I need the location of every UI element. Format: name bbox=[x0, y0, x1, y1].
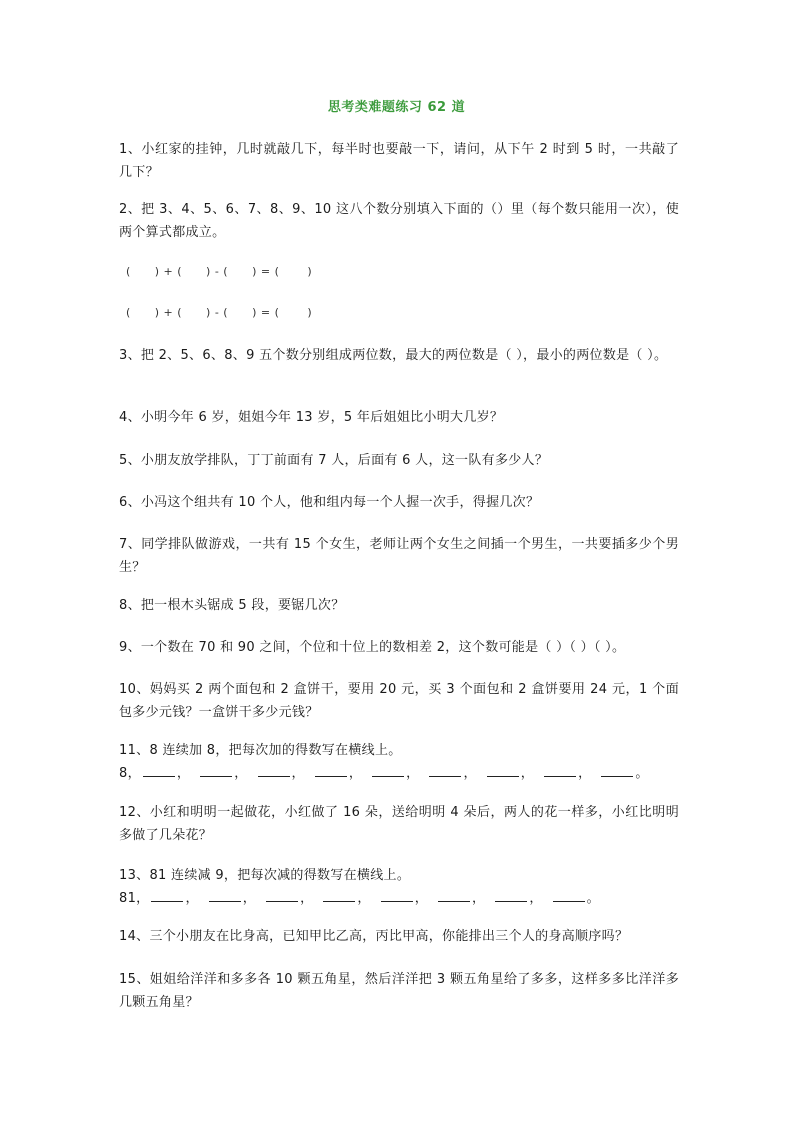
question-8: 8、把一根木头锯成 5 段，要锯几次？ bbox=[119, 594, 679, 617]
answer-blank[interactable] bbox=[495, 887, 527, 902]
separator: 。 bbox=[587, 887, 600, 910]
question-13-text: 13、81 连续减 9，把每次减的得数写在横线上。 bbox=[119, 868, 410, 883]
question-1: 1、小红家的挂钟，几时就敲几下，每半时也要敲一下，请问，从下午 2 时到 5 时… bbox=[119, 138, 679, 184]
answer-blank[interactable] bbox=[438, 887, 470, 902]
answer-blank[interactable] bbox=[258, 762, 290, 777]
sequence-start: 8， bbox=[119, 766, 141, 781]
answer-blank[interactable] bbox=[200, 762, 232, 777]
separator: ， bbox=[349, 762, 362, 785]
separator: ， bbox=[292, 762, 305, 785]
sequence-start: 81， bbox=[119, 891, 149, 906]
separator: ， bbox=[529, 887, 542, 910]
question-13: 13、81 连续减 9，把每次减的得数写在横线上。 81，，，，，，，，。 bbox=[119, 864, 679, 910]
answer-blank[interactable] bbox=[601, 762, 633, 777]
question-11-text: 11、8 连续加 8，把每次加的得数写在横线上。 bbox=[119, 743, 402, 758]
answer-blank[interactable] bbox=[381, 887, 413, 902]
answer-blank[interactable] bbox=[151, 887, 183, 902]
separator: ， bbox=[578, 762, 591, 785]
separator: ， bbox=[243, 887, 256, 910]
answer-blank[interactable] bbox=[553, 887, 585, 902]
answer-blank[interactable] bbox=[143, 762, 175, 777]
separator: ， bbox=[415, 887, 428, 910]
document-page: 思考类难题练习 62 道 1、小红家的挂钟，几时就敲几下，每半时也要敲一下，请问… bbox=[0, 0, 793, 1122]
question-15: 15、姐姐给洋洋和多多各 10 颗五角星，然后洋洋把 3 颗五角星给了多多，这样… bbox=[119, 968, 679, 1014]
separator: ， bbox=[357, 887, 370, 910]
question-9: 9、一个数在 70 和 90 之间，个位和十位上的数相差 2，这个数可能是（ ）… bbox=[119, 636, 679, 659]
answer-blank[interactable] bbox=[429, 762, 461, 777]
separator: ， bbox=[300, 887, 313, 910]
separator: ， bbox=[185, 887, 198, 910]
answer-blank[interactable] bbox=[323, 887, 355, 902]
question-12: 12、小红和明明一起做花，小红做了 16 朵，送给明明 4 朵后，两人的花一样多… bbox=[119, 801, 679, 847]
question-4: 4、小明今年 6 岁，姐姐今年 13 岁，5 年后姐姐比小明大几岁？ bbox=[119, 406, 679, 429]
question-13-blanks: 81，，，，，，，，。 bbox=[119, 887, 679, 910]
answer-blank[interactable] bbox=[372, 762, 404, 777]
document-title: 思考类难题练习 62 道 bbox=[0, 96, 793, 115]
question-10: 10、妈妈买 2 两个面包和 2 盒饼干，要用 20 元，买 3 个面包和 2 … bbox=[119, 678, 679, 724]
separator: ， bbox=[472, 887, 485, 910]
question-6: 6、小冯这个组共有 10 个人，他和组内每一个人握一次手，得握几次？ bbox=[119, 491, 679, 514]
answer-blank[interactable] bbox=[266, 887, 298, 902]
separator: 。 bbox=[635, 762, 648, 785]
separator: ， bbox=[234, 762, 247, 785]
separator: ， bbox=[521, 762, 534, 785]
question-3: 3、把 2、5、6、8、9 五个数分别组成两位数，最大的两位数是（ ），最小的两… bbox=[119, 344, 679, 367]
question-11: 11、8 连续加 8，把每次加的得数写在横线上。 8，，，，，，，，，。 bbox=[119, 739, 679, 785]
answer-blank[interactable] bbox=[315, 762, 347, 777]
separator: ， bbox=[177, 762, 190, 785]
question-2-equation-2: ( ) + ( ) - ( ) = ( ) bbox=[126, 306, 312, 319]
question-5: 5、小朋友放学排队，丁丁前面有 7 人，后面有 6 人，这一队有多少人？ bbox=[119, 449, 679, 472]
separator: ， bbox=[463, 762, 476, 785]
question-7: 7、同学排队做游戏，一共有 15 个女生，老师让两个女生之间插一个男生，一共要插… bbox=[119, 533, 679, 579]
question-11-blanks: 8，，，，，，，，，。 bbox=[119, 762, 679, 785]
separator: ， bbox=[406, 762, 419, 785]
question-14: 14、三个小朋友在比身高，已知甲比乙高，丙比甲高，你能排出三个人的身高顺序吗？ bbox=[119, 925, 679, 948]
question-2: 2、把 3、4、5、6、7、8、9、10 这八个数分别填入下面的（）里（每个数只… bbox=[119, 198, 679, 244]
answer-blank[interactable] bbox=[487, 762, 519, 777]
answer-blank[interactable] bbox=[544, 762, 576, 777]
answer-blank[interactable] bbox=[209, 887, 241, 902]
question-2-equation-1: ( ) + ( ) - ( ) = ( ) bbox=[126, 265, 312, 278]
